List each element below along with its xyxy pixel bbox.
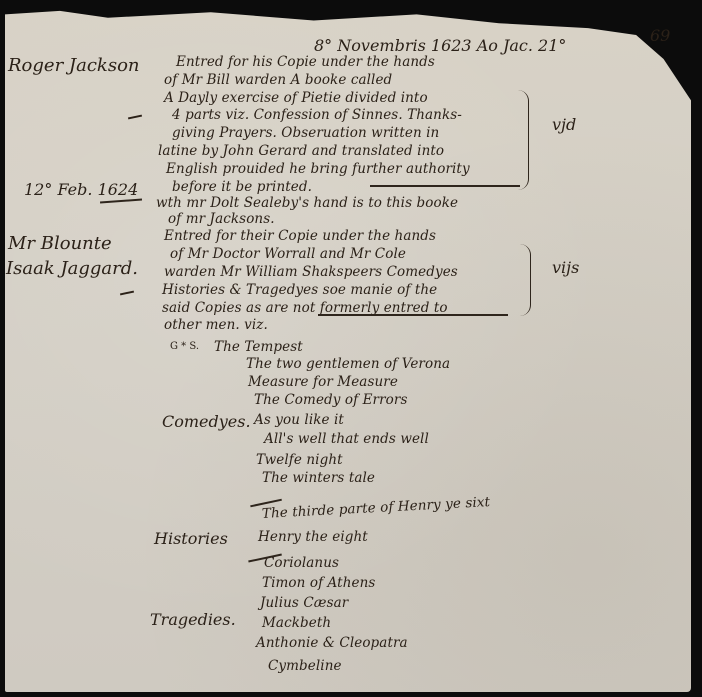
margin-date: 12° Feb. 1624 [24,182,138,198]
folio-number: 69 [650,28,670,44]
header-date: 8° Novembris 1623 Ao Jac. 21° [314,38,566,54]
note-line: of mr Jacksons. [168,213,275,227]
section-label-tragedies: Tragedies. [150,612,236,628]
play-title: Coriolanus [264,557,339,571]
entry-line: Entred for their Copie under the hands [164,230,436,244]
section-label-comedies: Comedyes. [162,414,251,430]
brace [518,90,529,190]
brace [520,244,531,316]
entry-line: Entred for his Copie under the hands [176,56,435,70]
rule-line [370,185,520,187]
catalogue-marker: G * S. [170,342,199,352]
fee-entry-2: vijs [552,260,579,276]
fee-entry-1: vjd [552,117,576,133]
play-title: All's well that ends well [264,433,429,447]
entry-line: of Mr Doctor Worrall and Mr Cole [170,248,406,262]
rule-line [318,314,508,316]
entry-line: before it be printed. [172,181,312,195]
entry-line: other men. viz. [164,319,268,333]
margin-name-roger-jackson: Roger Jackson [8,57,140,75]
note-line: wth mr Dolt Sealeby's hand is to this bo… [156,197,458,211]
play-title: The Tempest [214,341,303,355]
entry-line: giving Prayers. Obseruation written in [172,127,439,141]
play-title: The Comedy of Errors [254,394,407,408]
play-title: Anthonie & Cleopatra [256,637,408,651]
margin-name-blounte: Mr Blounte [8,235,112,253]
play-title: Julius Cæsar [260,597,348,611]
play-title: The winters tale [262,472,375,486]
play-title: Mackbeth [262,617,331,631]
entry-line: latine by John Gerard and translated int… [158,145,444,159]
entry-line: of Mr Bill warden A booke called [164,74,392,88]
play-title: Timon of Athens [262,577,375,591]
play-title: Measure for Measure [248,376,398,390]
play-title: Twelfe night [256,454,343,468]
section-label-histories: Histories [154,531,228,547]
entry-line: A Dayly exercise of Pietie divided into [164,92,428,106]
entry-line: 4 parts viz. Confession of Sinnes. Thank… [172,109,462,123]
play-title: As you like it [254,414,344,428]
play-title: Henry the eight [258,531,368,545]
play-title: The two gentlemen of Verona [246,358,450,372]
margin-name-jaggard: Isaak Jaggard. [6,260,138,278]
play-title: Cymbeline [268,660,342,674]
entry-line: Histories & Tragedyes soe manie of the [162,284,437,298]
entry-line: English prouided he bring further author… [166,163,470,177]
entry-line: warden Mr William Shakspeers Comedyes [164,266,458,280]
